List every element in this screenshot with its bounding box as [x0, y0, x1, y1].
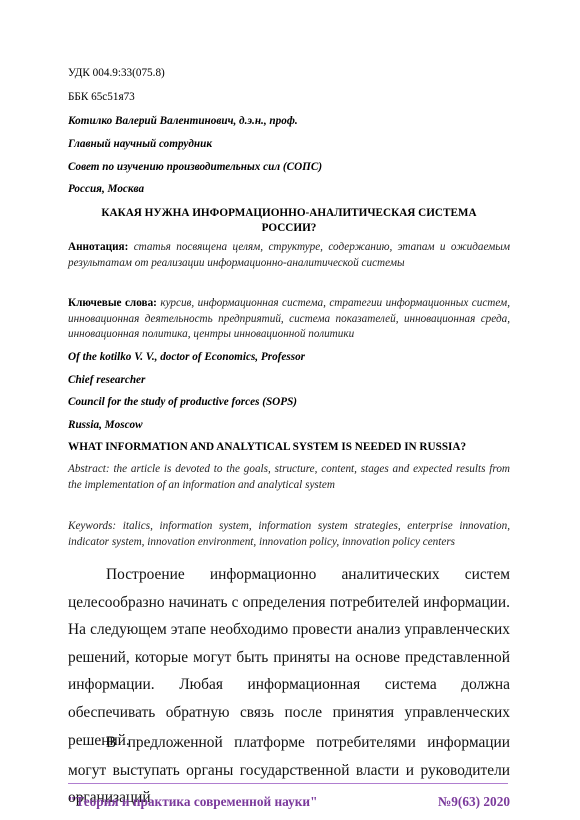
article-title-en: WHAT INFORMATION AND ANALYTICAL SYSTEM I… — [68, 440, 510, 454]
annotation-ru: Аннотация: статья посвящена целям, струк… — [68, 240, 510, 271]
keywords-label: Ключевые слова: — [68, 297, 157, 309]
footer-divider — [68, 783, 508, 784]
issue-number: №9(63) 2020 — [438, 794, 510, 810]
author-name-ru: Котилко Валерий Валентинович, д.э.н., пр… — [68, 114, 510, 128]
journal-name: "Теория и практика современной науки" — [68, 794, 317, 810]
author-name-en: Of the kotilko V. V., doctor of Economic… — [68, 350, 510, 364]
abstract-en: Abstract: the article is devoted to the … — [68, 462, 510, 493]
author-location-en: Russia, Moscow — [68, 418, 510, 432]
keywords-en: Keywords: italics, information system, i… — [68, 519, 510, 550]
author-position-ru: Главный научный сотрудник — [68, 137, 510, 151]
author-organization-ru: Совет по изучению производительных сил (… — [68, 160, 510, 174]
annotation-label: Аннотация: — [68, 241, 128, 253]
bbk-code: ББК 65с51я73 — [68, 90, 510, 104]
annotation-text: статья посвящена целям, структуре, содер… — [68, 241, 510, 269]
author-organization-en: Council for the study of productive forc… — [68, 395, 510, 409]
body-paragraph-1: Построение информационно аналитических с… — [68, 561, 510, 754]
author-position-en: Chief researcher — [68, 373, 510, 387]
author-location-ru: Россия, Москва — [68, 182, 510, 196]
keywords-ru: Ключевые слова: курсив, информационная с… — [68, 296, 510, 343]
udk-code: УДК 004.9:33(075.8) — [68, 66, 510, 80]
article-title-ru: КАКАЯ НУЖНА ИНФОРМАЦИОННО-АНАЛИТИЧЕСКАЯ … — [68, 206, 510, 235]
